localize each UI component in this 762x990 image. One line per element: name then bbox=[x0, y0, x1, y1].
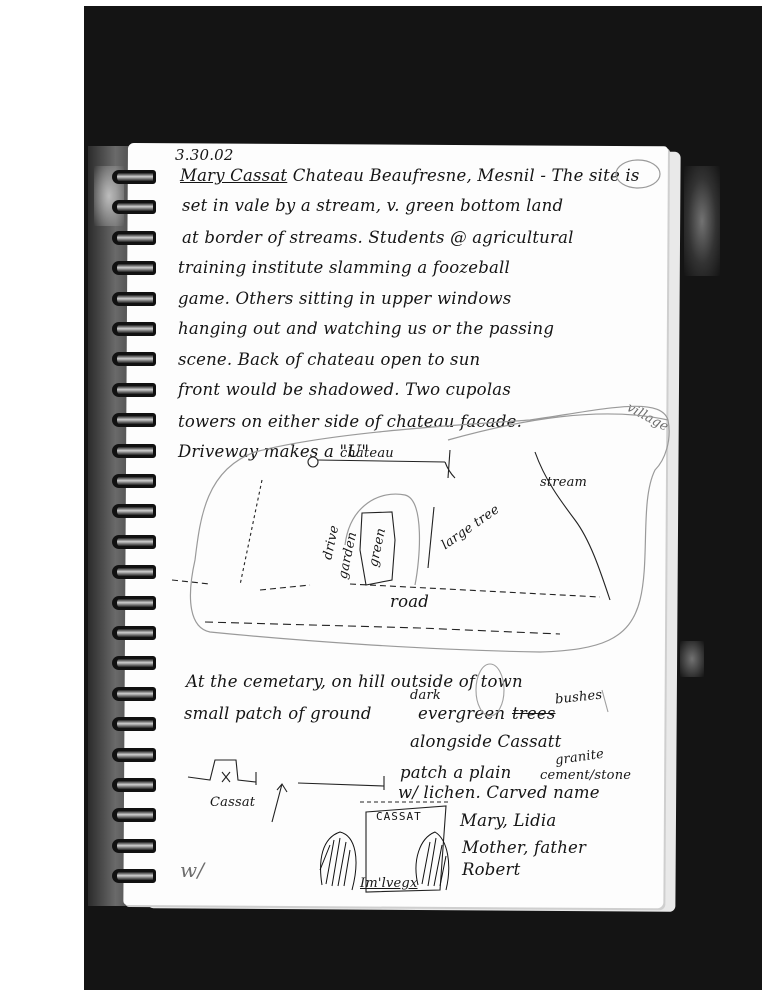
spiral-ring bbox=[112, 717, 156, 731]
spiral-ring bbox=[112, 869, 156, 883]
spiral-ring bbox=[112, 170, 156, 184]
light-reflection bbox=[680, 641, 704, 677]
spiral-ring bbox=[112, 596, 156, 610]
spiral-ring bbox=[112, 748, 156, 762]
stone-name: CASSAT bbox=[376, 810, 422, 823]
note-line-5: game. Others sitting in upper windows bbox=[178, 289, 511, 308]
spiral-ring bbox=[112, 565, 156, 579]
spiral-ring bbox=[112, 383, 156, 397]
cemetery-line-2b: evergreen bbox=[418, 704, 505, 723]
spiral-ring bbox=[112, 352, 156, 366]
note-text: Chateau Beaufresne, Mesnil - The site is bbox=[287, 166, 639, 185]
spiral-ring bbox=[112, 231, 156, 245]
cemetery-line-5: w/ lichen. Carved name bbox=[398, 783, 600, 802]
stone-plaque: Im'lvegx bbox=[360, 876, 418, 891]
spiral-ring bbox=[112, 292, 156, 306]
spiral-ring bbox=[112, 839, 156, 853]
insertion-dark: dark bbox=[410, 688, 441, 703]
struck-word-trees: trees bbox=[512, 704, 556, 723]
spiral-ring bbox=[112, 474, 156, 488]
note-line-7: scene. Back of chateau open to sun bbox=[178, 350, 480, 369]
spiral-ring bbox=[112, 200, 156, 214]
spiral-ring bbox=[112, 656, 156, 670]
entry-date: 3.30.02 bbox=[175, 146, 234, 164]
cemetery-line-4: patch a plain bbox=[400, 763, 511, 782]
cemetery-line-6: Mary, Lidia bbox=[460, 811, 556, 830]
map-label-stream: stream bbox=[540, 475, 587, 490]
grave-sketch-label: Cassat bbox=[210, 795, 255, 810]
cemetery-line-1: At the cemetary, on hill outside of town bbox=[186, 672, 523, 691]
light-reflection bbox=[684, 166, 720, 276]
note-line-2: set in vale by a stream, v. green bottom… bbox=[182, 196, 563, 215]
note-line-1: Mary Cassat Chateau Beaufresne, Mesnil -… bbox=[180, 166, 640, 185]
spiral-ring bbox=[112, 444, 156, 458]
note-line-4: training institute slamming a foozeball bbox=[178, 258, 510, 277]
note-line-9: towers on either side of chateau facade. bbox=[178, 412, 522, 431]
note-line-6: hanging out and watching us or the passi… bbox=[178, 319, 554, 338]
spiral-ring bbox=[112, 778, 156, 792]
note-line-8: front would be shadowed. Two cupolas bbox=[178, 380, 511, 399]
subject-name: Mary Cassat bbox=[180, 166, 287, 185]
map-label-chateau: chateau bbox=[340, 446, 394, 461]
spiral-binding bbox=[100, 170, 160, 890]
cemetery-line-7: Mother, father bbox=[462, 838, 586, 857]
spiral-ring bbox=[112, 322, 156, 336]
spiral-ring bbox=[112, 535, 156, 549]
insertion-cement-stone: cement/stone bbox=[540, 768, 631, 783]
spiral-ring bbox=[112, 687, 156, 701]
spiral-ring bbox=[112, 808, 156, 822]
cemetery-line-8: Robert bbox=[462, 860, 520, 879]
margin-mark: w/ bbox=[180, 858, 204, 882]
spiral-ring bbox=[112, 626, 156, 640]
cemetery-line-3: alongside Cassatt bbox=[410, 732, 561, 751]
cemetery-line-2: small patch of ground bbox=[184, 704, 372, 723]
spiral-ring bbox=[112, 504, 156, 518]
spiral-ring bbox=[112, 413, 156, 427]
map-label-road: road bbox=[390, 592, 429, 611]
note-line-3: at border of streams. Students @ agricul… bbox=[182, 228, 574, 247]
spiral-ring bbox=[112, 261, 156, 275]
